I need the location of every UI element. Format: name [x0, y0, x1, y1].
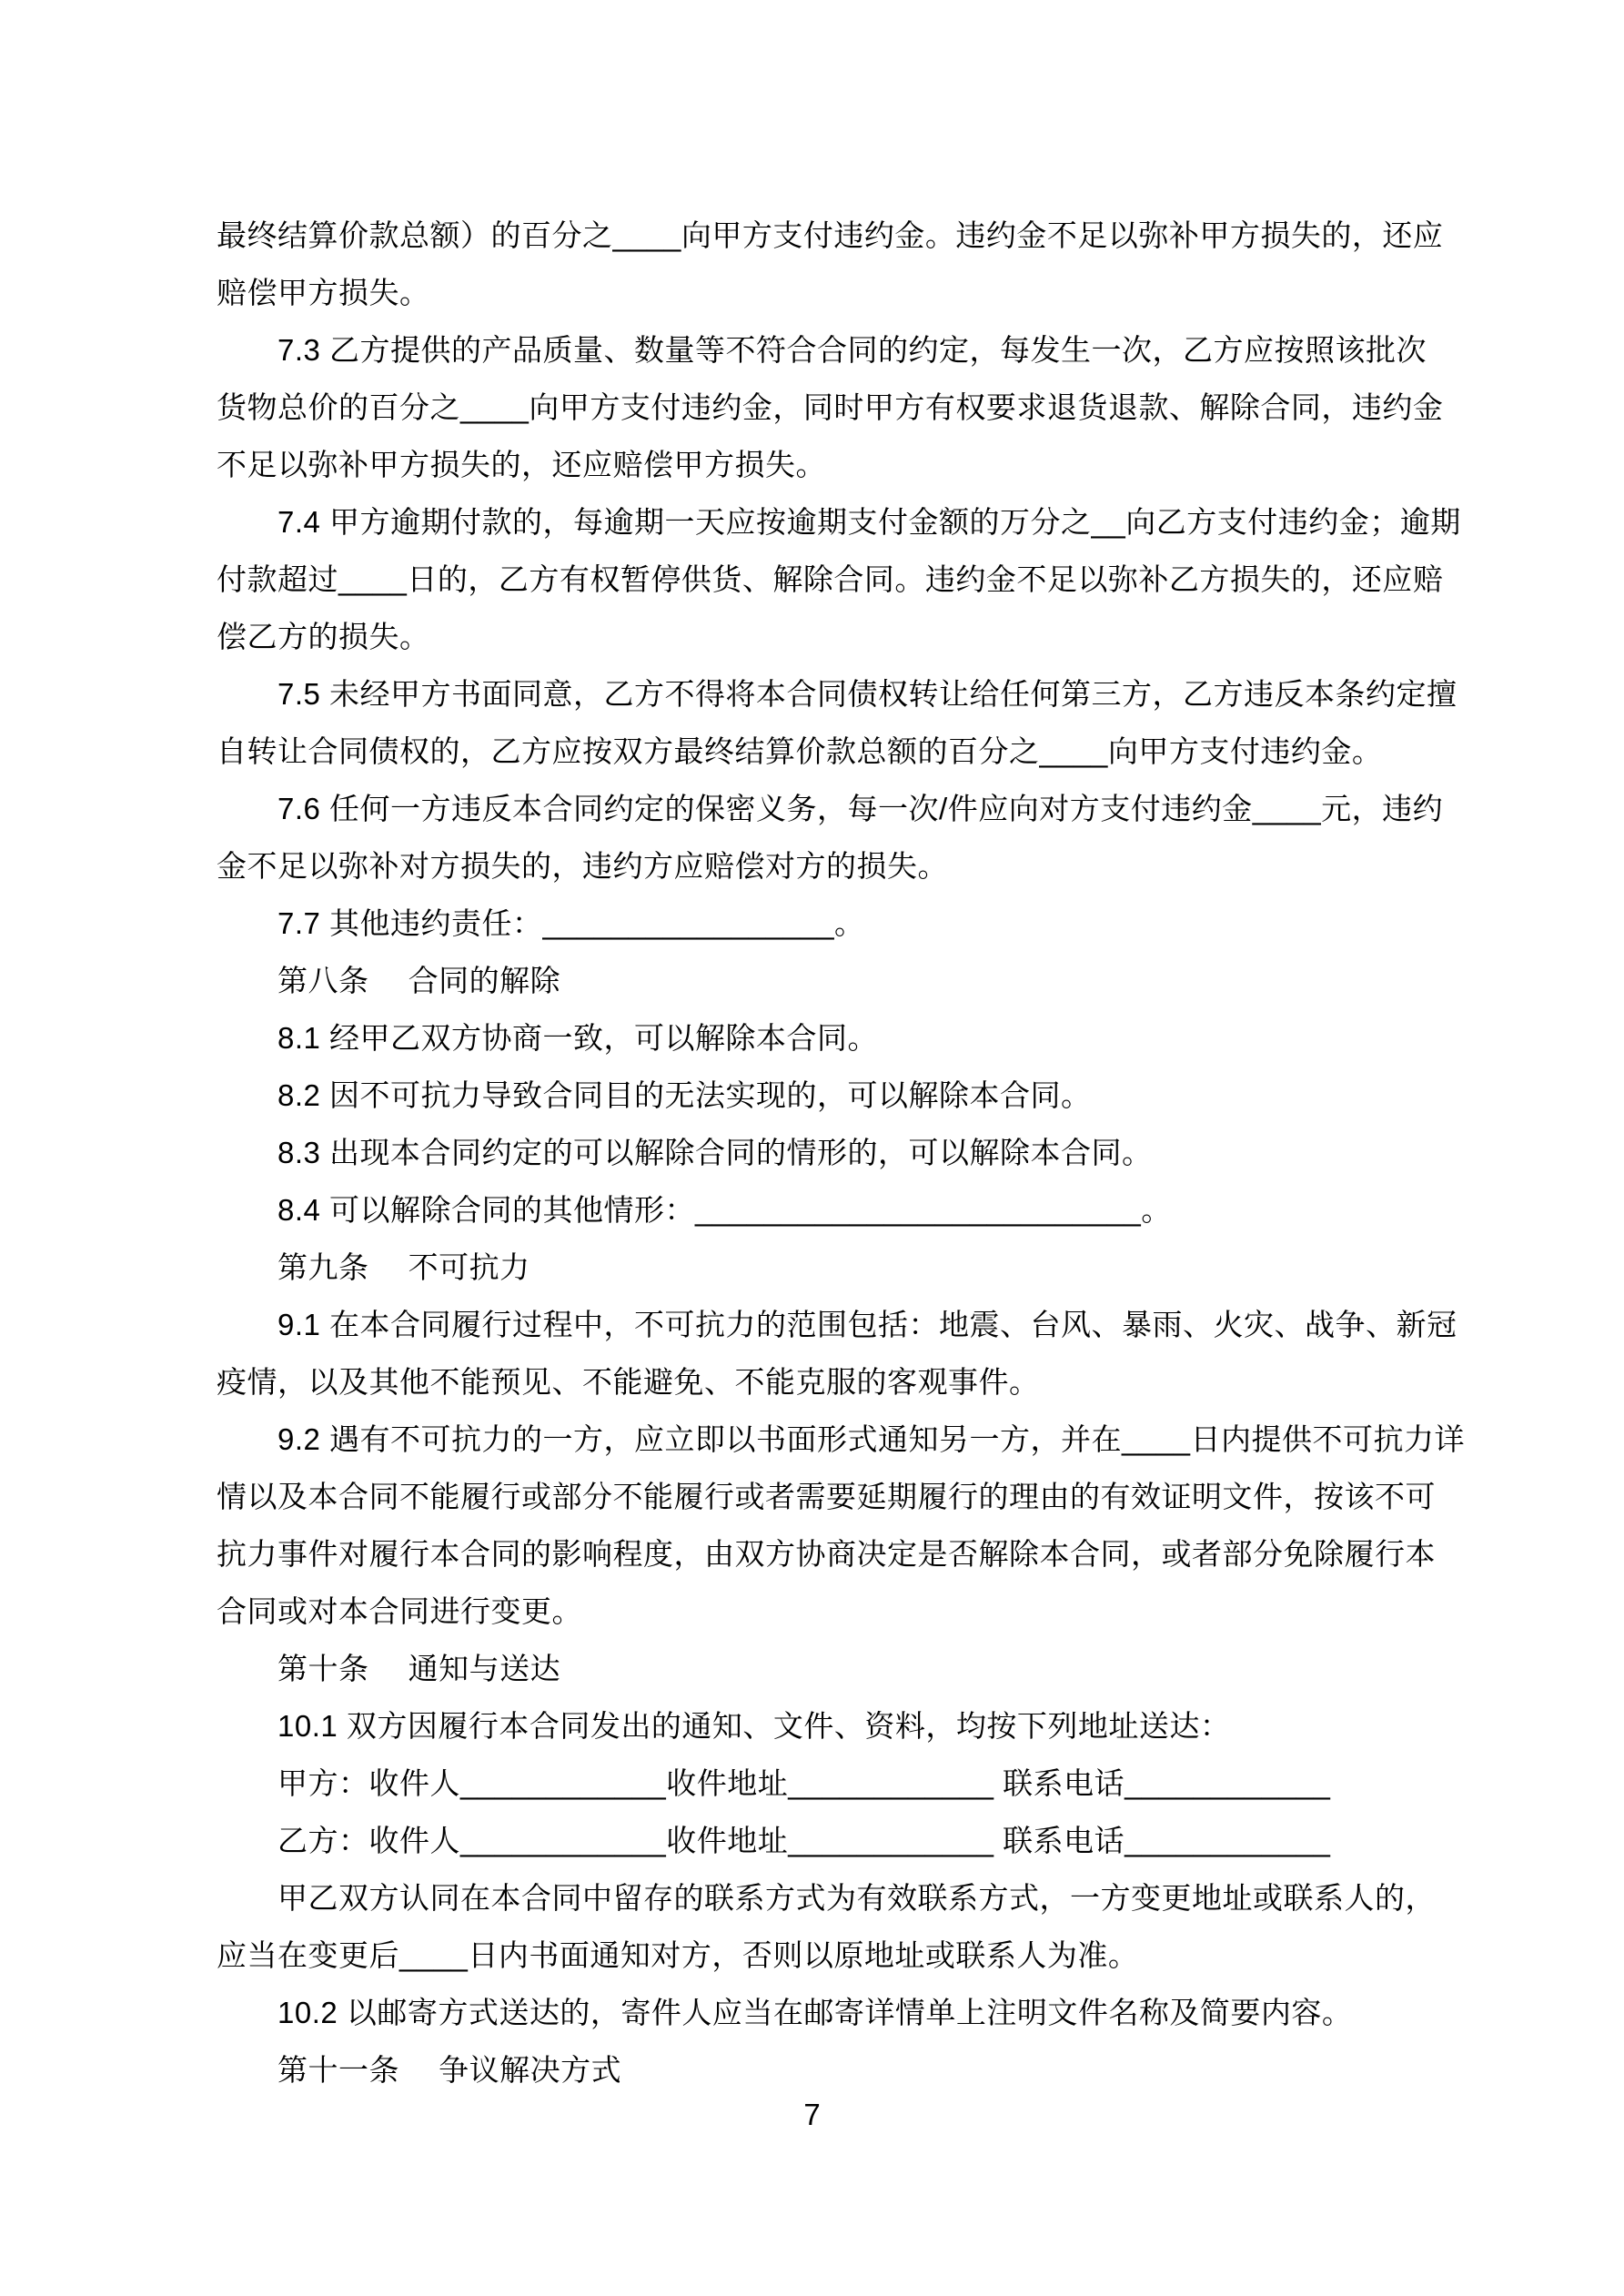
- document-line: 最终结算价款总额）的百分之____向甲方支付违约金。违约金不足以弥补甲方损失的，…: [217, 207, 1419, 264]
- document-line: 第八条 合同的解除: [217, 952, 1419, 1009]
- document-line: 付款超过____日的，乙方有权暂停供货、解除合同。违约金不足以弥补乙方损失的，还…: [217, 551, 1419, 608]
- document-line: 合同或对本合同进行变更。: [217, 1583, 1419, 1640]
- document-line: 疫情，以及其他不能预见、不能避免、不能克服的客观事件。: [217, 1353, 1419, 1411]
- document-line: 第十条 通知与送达: [217, 1640, 1419, 1697]
- page-number: 7: [0, 2086, 1624, 2143]
- document-line: 应当在变更后____日内书面通知对方，否则以原地址或联系人为准。: [217, 1927, 1419, 1984]
- document-line: 第九条 不可抗力: [217, 1239, 1419, 1296]
- document-line: 7.4 甲方逾期付款的，每逾期一天应按逾期支付金额的万分之__向乙方支付违约金；…: [217, 493, 1419, 551]
- document-line: 9.2 遇有不可抗力的一方，应立即以书面形式通知另一方，并在____日内提供不可…: [217, 1411, 1419, 1468]
- document-line: 8.2 因不可抗力导致合同目的无法实现的，可以解除本合同。: [217, 1067, 1419, 1124]
- document-line: 8.3 出现本合同约定的可以解除合同的情形的，可以解除本合同。: [217, 1124, 1419, 1181]
- document-line: 偿乙方的损失。: [217, 608, 1419, 665]
- document-line: 8.1 经甲乙双方协商一致，可以解除本合同。: [217, 1009, 1419, 1067]
- document-line: 7.6 任何一方违反本合同约定的保密义务，每一次/件应向对方支付违约金____元…: [217, 780, 1419, 837]
- contract-text: 最终结算价款总额）的百分之____向甲方支付违约金。违约金不足以弥补甲方损失的，…: [217, 207, 1419, 2099]
- document-line: 10.1 双方因履行本合同发出的通知、文件、资料，均按下列地址送达：: [217, 1697, 1419, 1755]
- document-line: 9.1 在本合同履行过程中，不可抗力的范围包括：地震、台风、暴雨、火灾、战争、新…: [217, 1296, 1419, 1353]
- document-line: 抗力事件对履行本合同的影响程度，由双方协商决定是否解除本合同，或者部分免除履行本: [217, 1525, 1419, 1583]
- document-line: 赔偿甲方损失。: [217, 264, 1419, 321]
- document-line: 8.4 可以解除合同的其他情形：________________________…: [217, 1181, 1419, 1239]
- document-line: 金不足以弥补对方损失的，违约方应赔偿对方的损失。: [217, 837, 1419, 895]
- document-line: 货物总价的百分之____向甲方支付违约金，同时甲方有权要求退货退款、解除合同，违…: [217, 379, 1419, 436]
- document-line: 10.2 以邮寄方式送达的，寄件人应当在邮寄详情单上注明文件名称及简要内容。: [217, 1984, 1419, 2041]
- document-line: 甲乙双方认同在本合同中留存的联系方式为有效联系方式，一方变更地址或联系人的，: [217, 1869, 1419, 1927]
- document-line: 7.3 乙方提供的产品质量、数量等不符合合同的约定，每发生一次，乙方应按照该批次: [217, 321, 1419, 379]
- document-line: 自转让合同债权的，乙方应按双方最终结算价款总额的百分之____向甲方支付违约金。: [217, 723, 1419, 780]
- document-line: 甲方：收件人____________收件地址____________ 联系电话_…: [217, 1755, 1419, 1812]
- document-line: 乙方：收件人____________收件地址____________ 联系电话_…: [217, 1812, 1419, 1869]
- document-line: 7.5 未经甲方书面同意，乙方不得将本合同债权转让给任何第三方，乙方违反本条约定…: [217, 665, 1419, 723]
- document-line: 不足以弥补甲方损失的，还应赔偿甲方损失。: [217, 436, 1419, 493]
- document-line: 7.7 其他违约责任：_________________。: [217, 895, 1419, 952]
- document-line: 情以及本合同不能履行或部分不能履行或者需要延期履行的理由的有效证明文件，按该不可: [217, 1468, 1419, 1525]
- document-page: 最终结算价款总额）的百分之____向甲方支付违约金。违约金不足以弥补甲方损失的，…: [0, 0, 1624, 2296]
